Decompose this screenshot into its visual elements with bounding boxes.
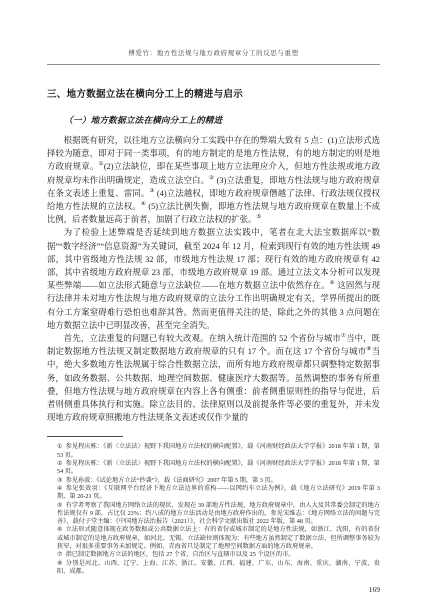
- footnote-text: 参见程庆栋：《新〈立法法〉视野下我国地方立法权的横向配置》，载《河南财经政法大学…: [57, 460, 380, 475]
- footnote-item: ③参见孙波：《试论地方立法“抄袭”》，载《法商研究》2007 年第 5 期，第 …: [57, 477, 380, 485]
- footnote-marker: ②: [57, 460, 63, 467]
- footnote-marker: ⑤: [57, 502, 63, 509]
- footnote-item: ②参见程庆栋：《新〈立法法〉视野下我国地方立法权的横向配置》，载《河南财经政法大…: [57, 460, 380, 477]
- footnote-text: 立法形式随意体现在政务数据或公共数据立法上：有的省份或城市制定的是地方性法规，如…: [57, 526, 380, 550]
- footnote-item: ④参见张效羽：《互联网平台经济下地方立法边界的重构——以网约车立法为例》，载《地…: [57, 485, 380, 502]
- subsection-heading: （一）地方数据立法在横向分工上的精进: [47, 114, 380, 126]
- body-paragraph: 根据既有研究，以往地方立法横向分工实践中存在的弊端大致有 5 点：(1)立法形式…: [47, 134, 380, 226]
- footnote-item: ①参见程庆栋：《新〈立法法〉视野下我国地方立法权的横向配置》，载《河南财经政法大…: [57, 443, 380, 460]
- footnote-text: 指已制定数据地方立法的地区，包括 27 个省、自治区与直辖市以及 25 个设区的…: [66, 551, 295, 558]
- footnote-text: 参见程庆栋：《新〈立法法〉视野下我国地方立法权的横向配置》，载《河南财经政法大学…: [57, 443, 380, 458]
- footnote-marker: ⑦: [57, 551, 63, 558]
- body-paragraph: 为了检验上述弊端是否延续到地方数据立法实践中，笔者在北大法宝数据库以“数据”“数…: [47, 226, 380, 332]
- footnote-text: 参见张效羽：《互联网平台经济下地方立法边界的重构——以网约车立法为例》，载《地方…: [57, 485, 380, 500]
- running-head: 傅爱竹：地方性法规与地方政府规章分工的反思与重塑: [47, 48, 380, 57]
- footnote-marker: ①: [57, 443, 63, 450]
- body-text: 根据既有研究，以往地方立法横向分工实践中存在的弊端大致有 5 点：(1)立法形式…: [47, 134, 380, 424]
- footnote-marker: ③: [57, 477, 63, 484]
- journal-page: 傅爱竹：地方性法规与地方政府规章分工的反思与重塑 三、地方数据立法在横向分工上的…: [0, 0, 427, 603]
- footnotes: ①参见程庆栋：《新〈立法法〉视野下我国地方立法权的横向配置》，载《河南财经政法大…: [47, 443, 380, 576]
- footnote-text: 分别是河北、山西、辽宁、上海、江苏、浙江、安徽、江西、福建、广东、山东、海南、重…: [57, 560, 380, 575]
- footnote-marker: ⑧: [57, 560, 63, 567]
- footnote-item: ⑧分别是河北、山西、辽宁、上海、江苏、浙江、安徽、江西、福建、广东、山东、海南、…: [57, 560, 380, 577]
- footnote-text: 参见孙波：《试论地方立法“抄袭”》，载《法商研究》2007 年第 5 期，第 3…: [66, 477, 277, 484]
- footnote-item: ⑥立法形式随意体现在政务数据或公共数据立法上：有的省份或城市制定的是地方性法规，…: [57, 526, 380, 551]
- section-heading: 三、地方数据立法在横向分工上的精进与启示: [47, 86, 380, 100]
- footnote-item: ⑦指已制定数据地方立法的地区，包括 27 个省、自治区与直辖市以及 25 个设区…: [57, 551, 380, 559]
- page-number: 169: [47, 585, 380, 594]
- body-paragraph: 首先，立法重复的问题已有较大改观。在纳入统计范围的 52 个省份与城市⑦当中，既…: [47, 332, 380, 424]
- footnote-item: ⑤有学者考察了我国地方网络立法的现状，发现在 39 部地方性法规、地方政府规章中…: [57, 502, 380, 527]
- footnote-marker: ⑥: [57, 526, 63, 533]
- footnote-text: 有学者考察了我国地方网络立法的现状，发现在 39 部地方性法规、地方政府规章中，…: [57, 502, 380, 526]
- footnote-divider: [47, 436, 123, 437]
- header-rule: [47, 64, 380, 65]
- footnote-marker: ④: [57, 485, 63, 492]
